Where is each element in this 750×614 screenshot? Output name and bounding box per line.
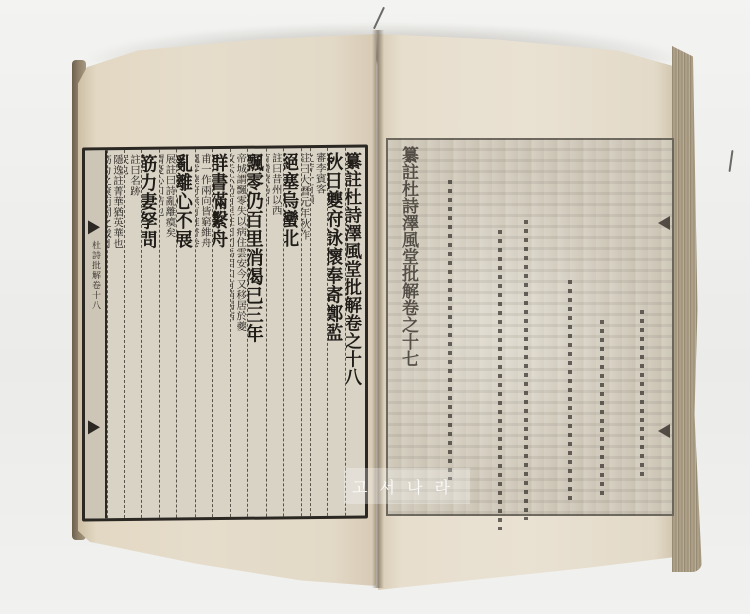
annotation-column: 註曰昔州以西 有蠻號烏白 bbox=[266, 148, 283, 516]
annotation-column: 展註曰詩亂離瘼矣 謂憂心如結也 bbox=[159, 150, 176, 518]
volume-title-column: 纂註杜詩澤風堂批解卷之十七 bbox=[396, 146, 420, 367]
text-column: 筋力妻孥問 bbox=[141, 150, 159, 518]
annotation-line: 展註曰詩亂離瘼矣 bbox=[164, 154, 176, 518]
faint-text-column bbox=[524, 220, 528, 520]
annotation-column: 審李賓客 之芳一百韻 bbox=[310, 148, 327, 516]
annotation-line: 甫一作兩向皆窮維舟 bbox=[200, 153, 212, 517]
right-print-block: 纂註杜詩澤風堂批解卷之十七 bbox=[386, 138, 674, 516]
text-column: 秋日夔府詠懷奉寄鄭監 bbox=[327, 148, 345, 516]
fishtail-top-icon bbox=[88, 220, 100, 234]
annotation-line: 審李賓客 bbox=[315, 152, 327, 516]
left-print-block: 杜詩批解卷十八 纂註杜詩澤風堂批解卷之十八 秋日夔府詠懷奉寄鄭監 審李賓客 之芳… bbox=[82, 145, 368, 522]
text-columns: 纂註杜詩澤風堂批解卷之十八 秋日夔府詠懷奉寄鄭監 審李賓客 之芳一百韻 註曰大曆… bbox=[107, 148, 365, 519]
annotation-line: 帝城謂飄零失以病住雲安今又移居於夔 bbox=[235, 153, 247, 517]
volume-title-column: 纂註杜詩澤風堂批解卷之十八 bbox=[345, 148, 365, 516]
fishtail-bottom-icon bbox=[658, 424, 670, 438]
annotation-line: 隱逸註菁華猶英華也 bbox=[112, 154, 124, 518]
annotation-column: 隱逸註菁華猶英華也 筋力之衰而問之歲月 bbox=[107, 150, 124, 518]
watermark: 고서나라 bbox=[344, 468, 470, 504]
text-column: 群書滿繫舟 bbox=[212, 149, 230, 517]
faint-text-column bbox=[568, 280, 572, 500]
fishtail-bottom-icon bbox=[88, 420, 100, 434]
annotation-line: 註曰名跡 bbox=[129, 154, 141, 518]
annotation-line: 註曰昔州以西 bbox=[271, 152, 283, 516]
fishtail-text: 杜詩批解卷十八 bbox=[88, 240, 102, 310]
annotation-column: 註曰名跡 泯也 bbox=[124, 150, 141, 518]
faint-text-column bbox=[498, 230, 502, 530]
faded-print-texture bbox=[388, 140, 672, 514]
faint-text-column bbox=[600, 320, 604, 500]
fishtail-margin: 杜詩批解卷十八 bbox=[85, 150, 107, 518]
faint-text-column bbox=[448, 180, 452, 480]
text-column: 亂離心不展 bbox=[176, 149, 194, 517]
annotation-column: 帝城謂飄零失以病住雲安今又移居於夔 故云六仍百里註曰司馬相如有消渴病 bbox=[230, 149, 247, 517]
faint-text-column bbox=[640, 310, 644, 480]
text-column: 絕塞烏蠻北 bbox=[283, 148, 301, 516]
book-gutter bbox=[372, 30, 384, 588]
annotation-column: 註曰大曆元年秋作 bbox=[301, 148, 310, 516]
text-column: 飄零仍百里消渴已三年 bbox=[247, 149, 265, 517]
fishtail-top-icon bbox=[658, 216, 670, 230]
annotation-column: 甫一作兩向皆窮維舟 飄零夔府無有唯書卷 bbox=[195, 149, 212, 517]
